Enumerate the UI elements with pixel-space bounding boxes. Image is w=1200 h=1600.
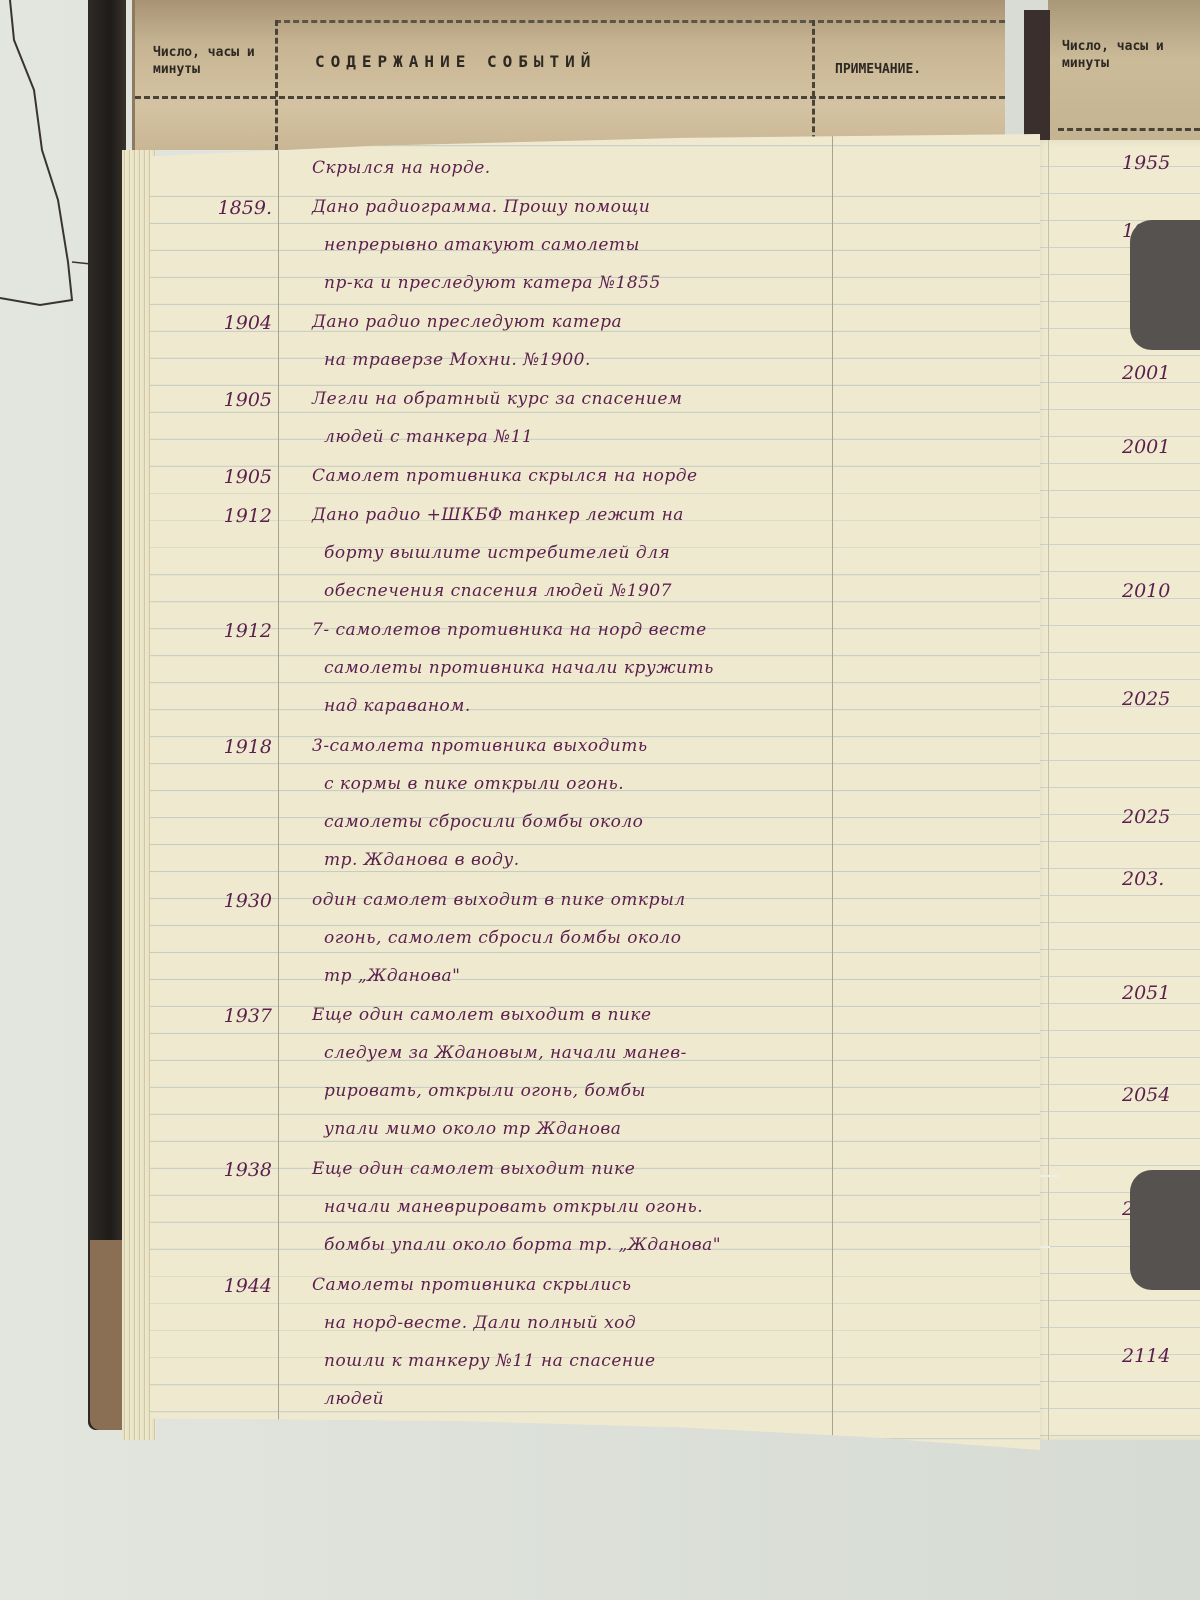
- entry-line: бомбы упали около борта тр. „Жданова": [312, 1226, 872, 1264]
- entry-line: людей: [312, 1380, 872, 1418]
- right-column-header: Число, часы и минуты: [1048, 0, 1200, 150]
- entry-line: Еще один самолет выходит пике: [312, 1150, 872, 1188]
- entry-text: один самолет выходит в пике открылогонь,…: [312, 881, 872, 995]
- entry-line: Легли на обратный курс за спасением: [312, 380, 872, 418]
- header-time-column: Число, часы и минуты: [153, 44, 263, 78]
- entry-line: пр-ка и преследуют катера №1855: [312, 264, 872, 302]
- entry-line: Дано радио +ШКБФ танкер лежит на: [312, 496, 872, 534]
- entry-text: Дано радио преследуют катерана траверзе …: [312, 303, 872, 379]
- entry-time: 1918: [212, 736, 272, 758]
- entry-time: 1904: [212, 312, 272, 334]
- entry-line: на норд-весте. Дали полный ход: [312, 1304, 872, 1342]
- entry-line: над караваном.: [312, 687, 872, 725]
- entry-line: Еще один самолет выходит в пике: [312, 996, 872, 1034]
- entry-time: 1905: [212, 389, 272, 411]
- entry-line: Дано радио преследуют катера: [312, 303, 872, 341]
- header-notes-column: ПРИМЕЧАНИЕ.: [835, 62, 921, 77]
- entry-time: 1938: [212, 1159, 272, 1181]
- entry-text: 7- самолетов противника на норд вестесам…: [312, 611, 872, 725]
- entry-line: Самолеты противника скрылись: [312, 1266, 872, 1304]
- entry-line: самолеты сбросили бомбы около: [312, 803, 872, 841]
- entry-time: 1930: [212, 890, 272, 912]
- entry-line: пошли к танкеру №11 на спасение: [312, 1342, 872, 1380]
- right-page-time: 2054: [1122, 1084, 1170, 1106]
- right-page-time: 2051: [1122, 982, 1170, 1004]
- right-page-time: 2001: [1122, 436, 1170, 458]
- entry-text: Самолеты противника скрылисьна норд-вест…: [312, 1266, 872, 1418]
- entry-line: 3-самолета противника выходить: [312, 727, 872, 765]
- entry-line: Самолет противника скрылся на норде: [312, 457, 872, 495]
- entry-time: 1944: [212, 1275, 272, 1297]
- entry-line: следуем за Ждановым, начали манев-: [312, 1034, 872, 1072]
- entry-time: 1859.: [212, 197, 272, 219]
- log-page: Скрылся на норде.1859.Дано радиограмма. …: [150, 130, 1040, 1450]
- entry-line: непрерывно атакуют самолеты: [312, 226, 872, 264]
- time-column-rule: [278, 130, 279, 1450]
- entry-time: 1905: [212, 466, 272, 488]
- column-header-strip: Число, часы и минуты СОДЕРЖАНИЕ СОБЫТИЙ …: [132, 0, 1005, 150]
- entry-line: людей с танкера №11: [312, 418, 872, 456]
- entry-text: Легли на обратный курс за спасениемлюдей…: [312, 380, 872, 456]
- entry-line: Дано радиограмма. Прошу помощи: [312, 188, 872, 226]
- entry-line: обеспечения спасения людей №1907: [312, 572, 872, 610]
- entry-text: Самолет противника скрылся на норде: [312, 457, 872, 495]
- entry-line: начали маневрировать открыли огонь.: [312, 1188, 872, 1226]
- right-page: 195519..20012001201020252025203.20512054…: [1030, 140, 1200, 1440]
- entry-line: тр „Жданова": [312, 957, 872, 995]
- right-header-time-column: Число, часы и минуты: [1062, 38, 1182, 72]
- entry-line: Скрылся на норде.: [312, 149, 872, 187]
- right-page-time: 2001: [1122, 362, 1170, 384]
- entry-text: 3-самолета противника выходитьс кормы в …: [312, 727, 872, 879]
- entry-time: 1912: [212, 620, 272, 642]
- entry-line: огонь, самолет сбросил бомбы около: [312, 919, 872, 957]
- entry-line: 7- самолетов противника на норд весте: [312, 611, 872, 649]
- right-page-time: 2025: [1122, 806, 1170, 828]
- entry-line: самолеты противника начали кружить: [312, 649, 872, 687]
- entry-time: 1937: [212, 1005, 272, 1027]
- entry-line: упали мимо около тр Жданова: [312, 1110, 872, 1148]
- entry-line: один самолет выходит в пике открыл: [312, 881, 872, 919]
- entry-line: на траверзе Мохни. №1900.: [312, 341, 872, 379]
- book-cover-spine: [88, 0, 126, 1430]
- binder-clip-bottom: [1130, 1170, 1200, 1290]
- entry-time: 1912: [212, 505, 272, 527]
- right-page-time: 1955: [1122, 152, 1170, 174]
- header-content-column: СОДЕРЖАНИЕ СОБЫТИЙ: [315, 52, 596, 71]
- entry-line: рировать, открыли огонь, бомбы: [312, 1072, 872, 1110]
- entry-text: Еще один самолет выходит в пикеследуем з…: [312, 996, 872, 1148]
- right-page-time: 2010: [1122, 580, 1170, 602]
- right-page-time: 2025: [1122, 688, 1170, 710]
- entry-text: Дано радиограмма. Прошу помощинепрерывно…: [312, 188, 872, 302]
- binder-clip-top: [1130, 220, 1200, 350]
- right-page-time: 203.: [1122, 868, 1164, 890]
- entry-line: с кормы в пике открыли огонь.: [312, 765, 872, 803]
- entry-text: Скрылся на норде.: [312, 149, 872, 187]
- right-page-time: 2114: [1122, 1345, 1170, 1367]
- entry-line: борту вышлите истребителей для: [312, 534, 872, 572]
- entry-text: Дано радио +ШКБФ танкер лежит наборту вы…: [312, 496, 872, 610]
- entry-line: тр. Жданова в воду.: [312, 841, 872, 879]
- entry-text: Еще один самолет выходит пикеначали мане…: [312, 1150, 872, 1264]
